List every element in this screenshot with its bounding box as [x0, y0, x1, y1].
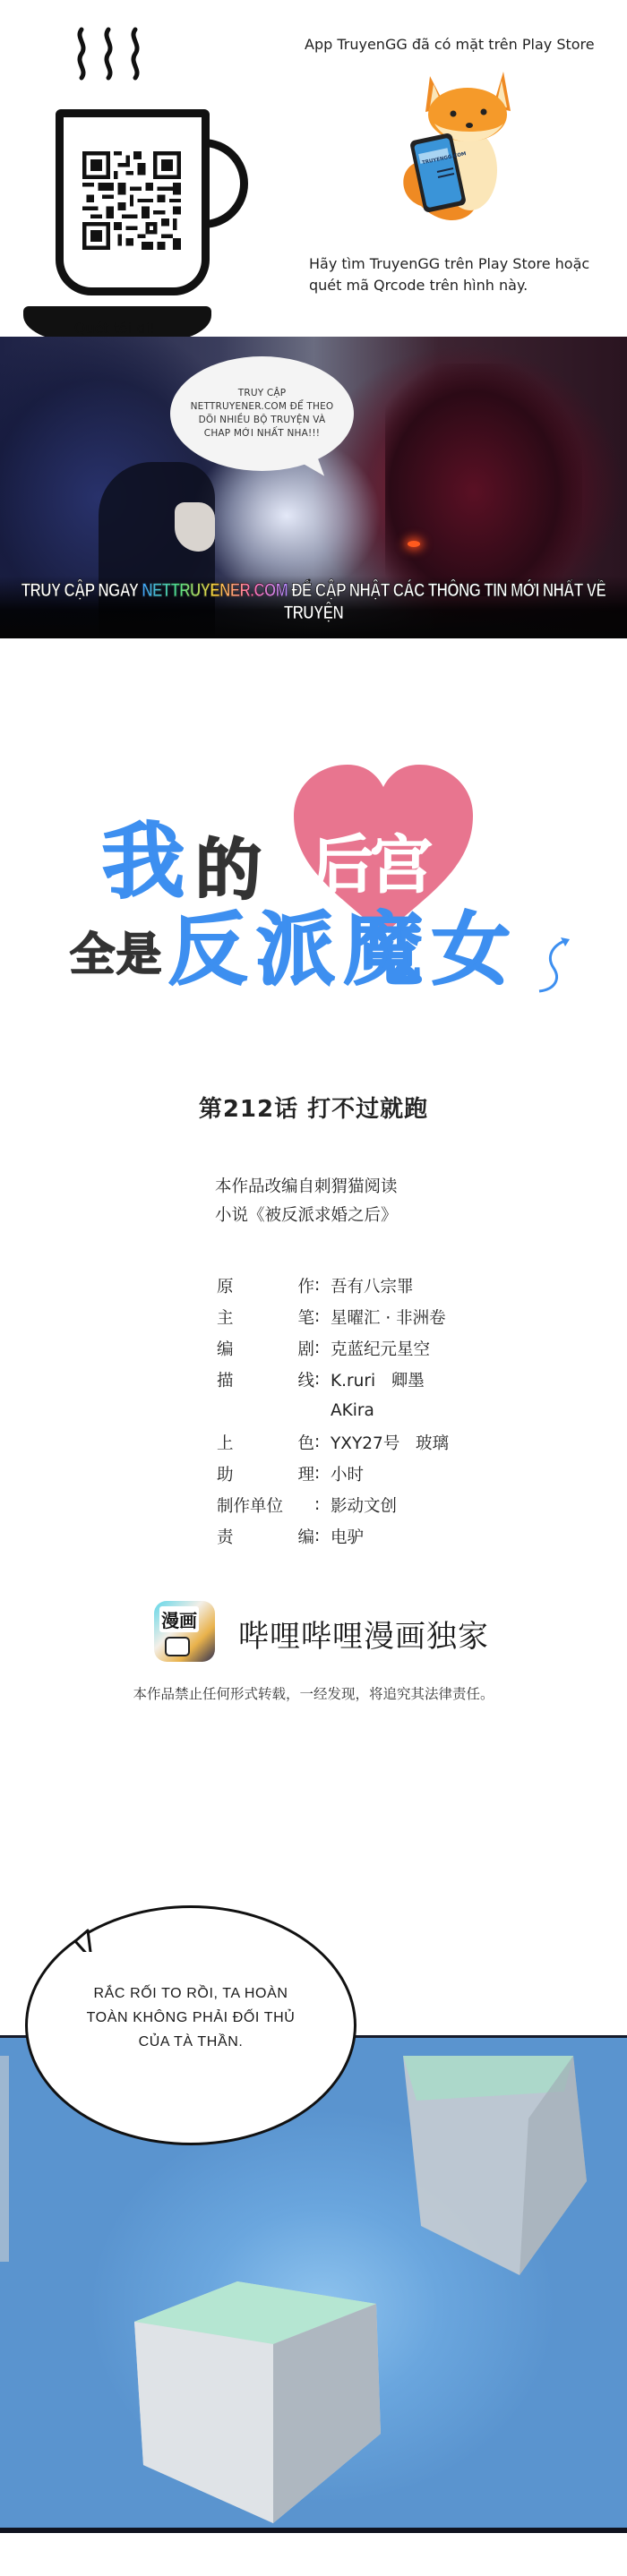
heart-title-text: 后宫	[311, 815, 429, 905]
credit-row-editor: 责编:电驴	[217, 1520, 449, 1552]
title-char: 魔	[344, 911, 423, 989]
steam-icon	[127, 27, 143, 81]
title-char: 反	[168, 911, 247, 989]
source-line: 小说《被反派求婚之后》	[215, 1202, 398, 1230]
floating-block-center	[130, 2272, 390, 2523]
title-char: 全	[70, 932, 115, 977]
qr-code-icon[interactable]	[82, 150, 181, 251]
caption-prefix: TRUY CẬP NGAY	[21, 579, 142, 601]
source-note: 本作品改编自刺猬猫阅读 小说《被反派求婚之后》	[215, 1173, 398, 1230]
floating-block-right	[394, 2056, 591, 2280]
publisher-badge: 漫画 哔哩哔哩漫画独家	[154, 1601, 512, 1664]
credit-value: 小时	[331, 1462, 364, 1485]
copyright-notice: 本作品禁止任何形式转载，一经发现，将追究其法律责任。	[0, 1683, 627, 1703]
monster-eye	[408, 541, 420, 547]
ad-headline: App TruyenGG đã có mặt trên Play Store	[305, 36, 609, 53]
credit-value: YXY27号 玻璃	[331, 1431, 449, 1454]
credit-row-lead-artist: 主笔:星曜汇 · 非洲卷	[217, 1301, 449, 1332]
banner-caption[interactable]: TRUY CẬP NGAY NETTRUYENER.COM ĐỂ CẬP NHẬ…	[0, 579, 627, 624]
title-char: 的	[195, 837, 262, 903]
speech-line: CỦA TÀ THẦN.	[25, 2030, 356, 2054]
ad-description-line: quét mã Qrcode trên hình này.	[309, 275, 614, 296]
title-char: 女	[432, 911, 511, 989]
ad-description: Hãy tìm TruyenGG trên Play Store hoặc qu…	[309, 253, 614, 296]
speech-line: RẮC RỐI TO RỒI, TA HOÀN	[25, 1981, 356, 2006]
floating-block-left	[0, 2056, 9, 2262]
bubble-line: CHAP MỚI NHẤT NHA!!!	[204, 427, 320, 441]
credit-value: K.ruri 卿墨	[331, 1368, 425, 1391]
title-char: 派	[256, 911, 335, 989]
steam-icon	[73, 27, 90, 81]
bubble-line: DÕI NHIỀU BỘ TRUYỆN VÀ	[199, 414, 326, 427]
monster-illustration	[385, 364, 582, 596]
speech-line: TOÀN KHÔNG PHẢI ĐỐI THỦ	[25, 2006, 356, 2030]
credit-row-script: 编剧:克蓝纪元星空	[217, 1332, 449, 1364]
credit-value: 克蓝纪元星空	[331, 1337, 430, 1360]
credit-value: 电驴	[331, 1525, 364, 1548]
hero-face	[175, 502, 215, 552]
banner-speech-bubble: TRUY CẬP NETTRUYENER.COM ĐỂ THEO DÕI NHI…	[170, 356, 354, 471]
credit-value: AKira	[331, 1401, 374, 1420]
qr-caption: Quét tôi đi!	[52, 320, 177, 337]
title-char: 我	[102, 821, 185, 903]
caption-suffix: ĐỂ CẬP NHẬT CÁC THÔNG TIN MỚI NHẤT VỀ TR…	[284, 579, 606, 623]
credit-value: 星曜汇 · 非洲卷	[331, 1305, 446, 1329]
chapter-title: 第212话 打不过就跑	[0, 1091, 627, 1124]
caption-site-link[interactable]: NETTRUYENER.COM	[142, 579, 288, 601]
bubble-line: TRUY CẬP	[238, 387, 287, 400]
credit-value: 影动文创	[331, 1493, 397, 1517]
credit-row-color: 上色:YXY27号 玻璃	[217, 1426, 449, 1458]
series-title-logo: 后宫 我 的 全 是 反 派 魔 女	[90, 757, 573, 998]
fox-mascot-icon: TRUYENGG.COM	[394, 72, 520, 233]
credit-row-original: 原作:吾有八宗罪	[217, 1270, 449, 1301]
credits-list: 原作:吾有八宗罪 主笔:星曜汇 · 非洲卷 编剧:克蓝纪元星空 描线:K.rur…	[217, 1270, 449, 1552]
devil-tail-icon	[537, 936, 573, 998]
credit-row-studio: 制作单位:影动文创	[217, 1489, 449, 1520]
speech-bubble-text: RẮC RỐI TO RỒI, TA HOÀN TOÀN KHÔNG PHẢI …	[25, 1981, 356, 2054]
title-char: 是	[116, 932, 161, 977]
tv-mascot-icon	[165, 1637, 190, 1656]
speech-bubble-tail	[70, 1925, 106, 1970]
source-line: 本作品改编自刺猬猫阅读	[215, 1173, 398, 1202]
credit-row-lineart: 描线:K.ruri 卿墨	[217, 1364, 449, 1395]
credit-value: 吾有八宗罪	[331, 1274, 414, 1297]
credit-row-assistant: 助理:小时	[217, 1458, 449, 1489]
app-promo-ad: Quét tôi đi! App TruyenGG đã có mặt trên…	[0, 0, 627, 322]
coffee-mug-qr-icon	[18, 27, 224, 295]
credit-row-lineart-cont: AKira	[217, 1395, 449, 1426]
bubble-line: NETTRUYENER.COM ĐỂ THEO	[191, 400, 334, 414]
steam-icon	[100, 27, 116, 81]
publisher-name: 哔哩哔哩漫画独家	[238, 1612, 489, 1656]
ad-description-line: Hãy tìm TruyenGG trên Play Store hoặc	[309, 253, 614, 275]
bilibili-comics-app-icon: 漫画	[154, 1601, 215, 1662]
